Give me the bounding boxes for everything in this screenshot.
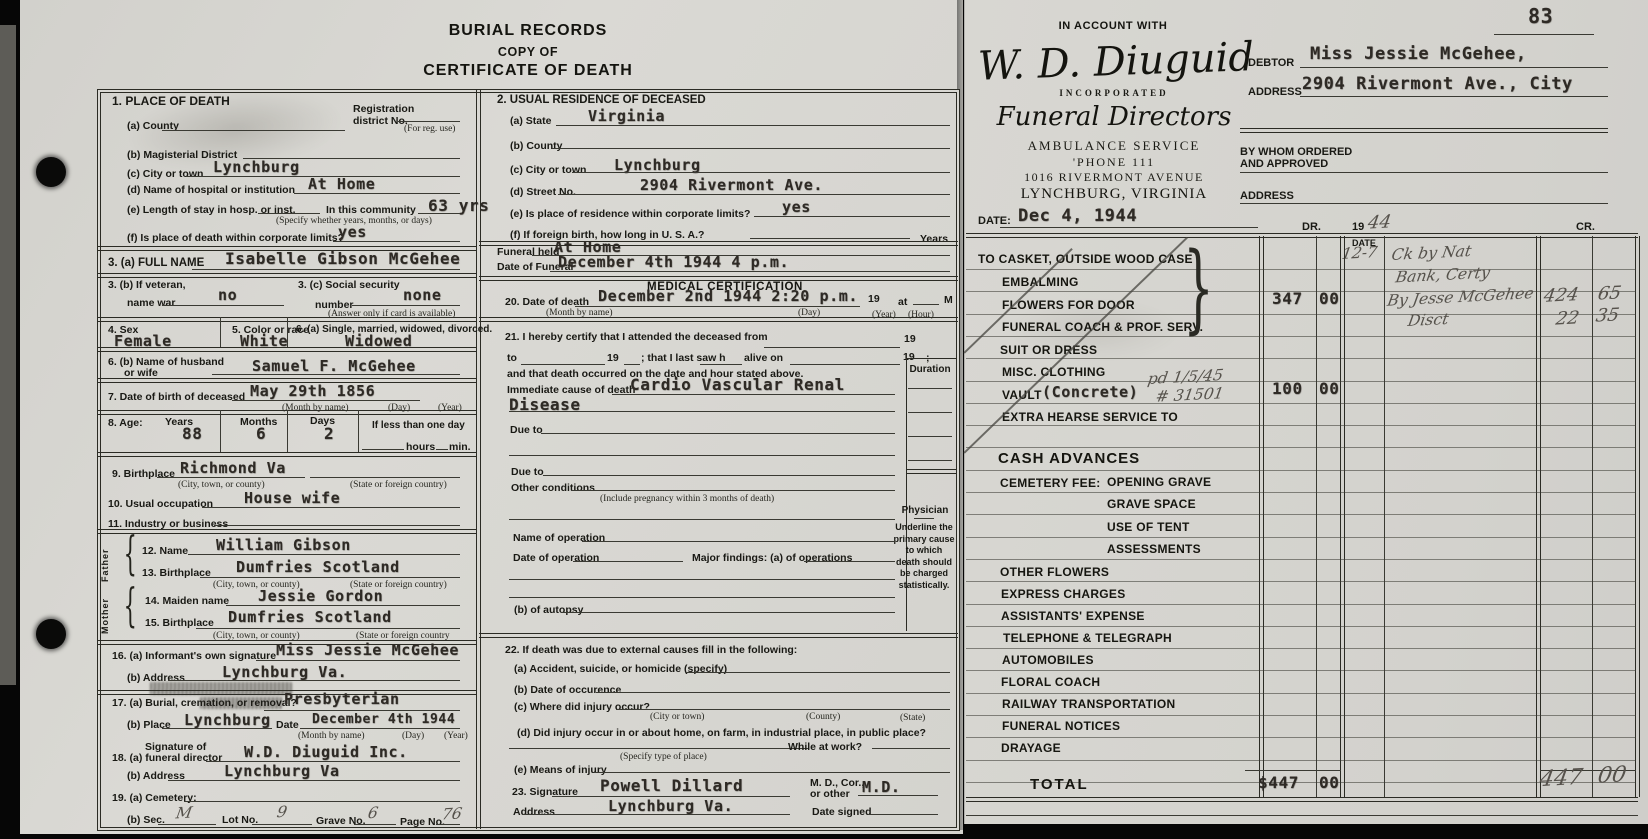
md-value: M.D.: [862, 780, 901, 795]
rule-line: [97, 452, 476, 457]
scan-edge-strip: [0, 25, 16, 685]
residence-city-label: (c) City or town: [510, 164, 586, 176]
rule-line: [966, 815, 1638, 816]
rule-line: [624, 364, 640, 365]
state-label: (a) State: [510, 115, 551, 127]
rule-line: [868, 814, 938, 815]
rule-line: [232, 400, 420, 401]
rule-line: [750, 238, 910, 239]
residence-limits-value: yes: [782, 200, 811, 215]
page-no-label: Page No.: [400, 816, 445, 828]
casket-group-brace: }: [1183, 240, 1214, 336]
rule-line: [333, 241, 460, 242]
ledger-item: SUIT OR DRESS: [1000, 344, 1097, 357]
ledger-item: TO CASKET, OUTSIDE WOOD CASE: [978, 253, 1193, 266]
certify-19a: 19: [904, 333, 916, 345]
date-of-death-value: December 2nd 1944 2:20 p.m.: [598, 289, 858, 304]
burial-month-caption: (Month by name): [298, 731, 365, 741]
rule-line: [479, 317, 958, 322]
burial-day-caption: (Day): [402, 731, 424, 741]
total-amount-cents: 00: [1319, 775, 1339, 791]
rule-line: [1340, 236, 1345, 797]
rule-line: [202, 507, 460, 508]
injury-city-caption: (City or town): [650, 712, 704, 722]
rule-line: [168, 780, 460, 781]
residence-county-label: (b) County: [510, 140, 563, 152]
rule-line: [966, 693, 1636, 694]
name-of-operation-label: Name of operation: [513, 532, 605, 544]
rule-line: [418, 213, 460, 214]
rule-line: [521, 364, 605, 365]
street-no-value: 2904 Rivermont Ave.: [640, 178, 823, 193]
mother-name-label: 14. Maiden name: [145, 595, 229, 607]
funeral-director-value: W.D. Diuguid Inc.: [244, 745, 408, 760]
means-of-injury-label: (e) Means of injury: [514, 764, 607, 776]
date-occurence-label: (b) Date of occurence: [514, 684, 621, 696]
state-value: Virginia: [588, 109, 665, 124]
rule-line: [509, 748, 809, 749]
date-of-birth-label: 7. Date of birth of deceased: [108, 391, 245, 403]
rule-line: [220, 410, 221, 452]
rule-line: [294, 193, 460, 194]
birthplace-label: 9. Birthplace: [112, 468, 175, 480]
rule-line: [966, 403, 1636, 404]
father-name-value: William Gibson: [216, 538, 351, 553]
total-amount-dollars: $447: [1258, 775, 1299, 791]
rule-line: [908, 412, 952, 413]
overstrike-smudge: [200, 697, 282, 709]
rule-line: [906, 469, 956, 474]
funeral-held-label: Funeral held: [497, 246, 559, 258]
rule-line: [908, 460, 952, 461]
vault-amount-cents: 00: [1319, 381, 1339, 397]
ledger-item: ASSISTANTS' EXPENSE: [1001, 610, 1145, 623]
corporate-limits-label: (f) Is place of death within corporate l…: [127, 232, 344, 244]
credit-note-line4: Disct: [1407, 312, 1450, 330]
rule-line: [214, 525, 460, 526]
husband-value: Samuel F. McGehee: [252, 359, 416, 374]
date-label: DATE:: [978, 215, 1011, 228]
or-other-label: or other: [810, 788, 850, 800]
rule-line: [558, 194, 950, 195]
major-findings-label: Major findings: (a) of operations: [692, 552, 852, 564]
rule-line: [287, 317, 288, 347]
rule-line: [872, 748, 950, 749]
grave-no-label: Grave No.: [316, 815, 366, 827]
rule-line: [1300, 96, 1608, 97]
phone-label: 'PHONE 111: [978, 155, 1250, 170]
copy-of-subtitle: COPY OF: [378, 46, 678, 60]
length-of-stay-value: 63 yrs: [428, 198, 489, 214]
informant-value: Miss Jessie McGehee: [276, 643, 459, 658]
ledger-item: USE OF TENT: [1107, 521, 1190, 534]
rule-line: [1259, 236, 1264, 797]
rule-line: [1240, 203, 1608, 204]
age-label: 8. Age:: [108, 417, 143, 429]
ledger-item: TELEPHONE & TELEGRAPH: [1003, 632, 1172, 645]
rule-line: [572, 172, 950, 173]
where-injury-label: (c) Where did injury occur?: [514, 701, 650, 713]
rule-line: [97, 347, 476, 352]
cause-of-death-value1: Cardio Vascular Renal: [630, 377, 845, 393]
vault-amount-dollars: 100: [1272, 381, 1303, 397]
rule-line: [556, 125, 950, 126]
ledger-item: EXTRA HEARSE SERVICE TO: [1002, 411, 1178, 424]
other-conditions-label: Other conditions: [511, 482, 595, 494]
credit-total-dollars: 447: [1538, 767, 1584, 791]
rule-line: [700, 364, 742, 365]
ledger-item: EXPRESS CHARGES: [1001, 588, 1126, 601]
diuguid-logo: W. D. Diuguid: [977, 35, 1250, 88]
hole-punch: [36, 157, 66, 187]
social-security-label: 3. (c) Social security: [298, 279, 400, 291]
rule-line: [1592, 236, 1593, 797]
rule-line: [754, 216, 950, 217]
usual-residence-heading: 2. USUAL RESIDENCE OF DECEASED: [497, 94, 706, 107]
due-to-label1: Due to: [510, 424, 543, 436]
rule-line: [362, 449, 404, 450]
rule-line: [226, 605, 460, 606]
rule-line: [220, 317, 221, 347]
rule-line: [97, 529, 476, 534]
funeral-director-label: 18. (a) funeral director: [112, 752, 222, 764]
page-no-value: 76: [441, 806, 463, 823]
rule-line: [764, 347, 900, 348]
rule-line: [157, 477, 305, 478]
vault-check-number: # 31501: [1154, 386, 1224, 405]
rule-line: [966, 269, 1636, 270]
rule-line: [966, 581, 1636, 582]
physician-address-label: Address: [513, 806, 555, 818]
19-preprint: 19: [868, 293, 880, 305]
rule-line: [966, 447, 1636, 448]
rule-line: [188, 554, 460, 555]
rule-line: [1536, 236, 1541, 797]
and-approved-label: AND APPROVED: [1240, 158, 1328, 171]
rule-line: [287, 410, 288, 452]
full-name-label: 3. (a) FULL NAME: [108, 257, 204, 270]
hospital-value: At Home: [308, 177, 375, 192]
rule-line: [97, 273, 476, 278]
rule-line: [966, 797, 1638, 802]
credit-amount2-cents: 35: [1594, 306, 1620, 325]
ledger-item: GRAVE SPACE: [1107, 498, 1196, 511]
rule-line: [966, 314, 1636, 315]
director-address-value: Lynchburg Va: [224, 764, 340, 779]
rule-line: [572, 490, 895, 491]
burial-type-value: Presbyterian: [284, 692, 400, 707]
rule-line: [522, 814, 790, 815]
rule-line: [966, 514, 1636, 515]
rule-line: [256, 660, 460, 661]
residence-limits-label: (e) Is place of residence within corpora…: [510, 208, 750, 220]
pregnancy-caption: (Include pregnancy within 3 months of de…: [600, 494, 774, 504]
rule-line: [1240, 172, 1608, 173]
rule-line: [196, 628, 460, 629]
rule-line: [300, 728, 460, 729]
father-label: Father: [100, 538, 110, 582]
rule-line: [562, 612, 895, 613]
rule-line: [509, 597, 895, 598]
rule-line: [509, 411, 895, 412]
rule-line: [575, 306, 860, 307]
city-or-town-label: (c) City or town: [127, 168, 203, 180]
dr-header: DR.: [1302, 221, 1321, 234]
rule-line: [594, 772, 950, 773]
rule-line: [541, 433, 895, 434]
rule-line: [966, 604, 1636, 605]
ledger-item: MISC. CLOTHING: [1002, 366, 1106, 379]
mother-label: Mother: [100, 590, 110, 634]
rule-line: [966, 715, 1636, 716]
rule-line: [914, 518, 934, 519]
cemetery-fee-label: CEMETERY FEE:: [1000, 477, 1101, 490]
age-months-value: 6: [256, 426, 266, 442]
occupation-value: House wife: [244, 491, 340, 506]
injury-county-caption: (County): [806, 712, 840, 722]
mother-birthplace-value: Dumfries Scotland: [228, 610, 392, 625]
external-causes-heading: 22. If death was due to external causes …: [505, 644, 797, 656]
rule-line: [616, 709, 950, 710]
date-value: Dec 4, 1944: [1018, 208, 1137, 225]
residence-city-value: Lynchburg: [614, 158, 701, 173]
ledger-page-number: 83: [1528, 6, 1553, 26]
debtor-address-label: ADDRESS: [1248, 86, 1302, 99]
date-of-birth-value: May 29th 1856: [250, 384, 375, 399]
in-account-with-label: IN ACCOUNT WITH: [1013, 20, 1213, 32]
rule-line: [1494, 34, 1594, 35]
debtor-label: DEBTOR: [1248, 57, 1294, 70]
scanned-burial-record: BURIAL RECORDS COPY OF CERTIFICATE OF DE…: [0, 0, 1648, 839]
rule-line: [582, 541, 895, 542]
rule-line: [162, 130, 345, 131]
date-of-funeral-value: December 4th 1944 4 p.m.: [558, 255, 789, 270]
rule-line: [1635, 236, 1640, 797]
rule-line: [398, 121, 460, 122]
ledger-item: FUNERAL COACH & PROF. SERV.: [1002, 321, 1203, 334]
rule-line: [966, 737, 1636, 738]
rule-line: [162, 305, 284, 306]
in-this-community-label: In this community: [326, 204, 416, 216]
rule-line: [804, 561, 895, 562]
certify-line1: 21. I hereby certify that I attended the…: [505, 331, 768, 343]
place-of-death-heading: 1. PLACE OF DEATH: [112, 95, 230, 109]
rule-line: [552, 148, 950, 149]
rule-line: [1316, 236, 1317, 797]
year-preprint: 19: [1352, 221, 1364, 234]
date-of-operation-label: Date of operation: [513, 552, 599, 564]
rule-line: [966, 336, 1636, 337]
rule-line: [252, 824, 312, 825]
orderer-address-label: ADDRESS: [1240, 190, 1294, 203]
mother-name-value: Jessie Gordon: [258, 589, 383, 604]
physician-signature-value: Powell Dillard: [600, 778, 743, 794]
rule-line: [158, 824, 216, 825]
for-reg-use-caption: (For reg. use): [404, 124, 455, 134]
meridiem-label: M: [944, 294, 953, 306]
rule-line: [509, 579, 895, 580]
rule-line: [1384, 236, 1385, 797]
rule-line: [200, 577, 460, 578]
rule-line: [509, 455, 895, 456]
city-or-town-value: Lynchburg: [213, 160, 300, 175]
rule-line: [358, 410, 359, 452]
incorporated-label: INCORPORATED: [978, 88, 1250, 98]
credit-amount1-dollars: 424: [1542, 286, 1580, 306]
rule-line: [913, 304, 939, 305]
cash-advances-heading: CASH ADVANCES: [998, 451, 1140, 468]
autopsy-label: (b) of autopsy: [514, 604, 583, 616]
burial-year-caption: (Year): [444, 731, 468, 741]
rule-line: [966, 648, 1636, 649]
burial-date-value: December 4th 1944: [312, 713, 455, 726]
less-than-one-day-label: If less than one day: [372, 420, 465, 432]
father-birthplace-value: Dumfries Scotland: [236, 560, 400, 575]
age-years-value: 88: [182, 426, 202, 442]
injury-location-label: (d) Did injury occur in or about home, o…: [517, 727, 926, 739]
rule-line: [1240, 128, 1608, 133]
rule-line: [966, 760, 1636, 761]
registration-label: Registration: [353, 103, 414, 115]
vault-concrete-typed: (Concrete): [1042, 385, 1138, 400]
total-label: TOTAL: [1030, 777, 1089, 794]
hole-punch: [36, 619, 66, 649]
rule-line: [550, 271, 950, 272]
rule-line: [479, 633, 958, 638]
rule-line: [1000, 227, 1258, 228]
ambulance-service-label: AMBULANCE SERVICE: [978, 138, 1250, 154]
certify-19b: 19: [607, 352, 619, 364]
rule-line: [1245, 770, 1341, 771]
ssn-value: none: [403, 288, 442, 303]
ledger-item: FUNERAL NOTICES: [1002, 720, 1120, 733]
rule-line: [310, 477, 460, 478]
rule-line: [790, 364, 900, 365]
rule-line: [436, 824, 460, 825]
rule-line: [162, 728, 272, 729]
last-saw-label: ; that I last saw h: [641, 352, 726, 364]
rule-line: [908, 388, 952, 389]
occupation-label: 10. Usual occupation: [108, 498, 213, 510]
street-no-label: (d) Street No.: [510, 186, 576, 198]
rule-line: [966, 537, 1636, 538]
rule-line: [858, 795, 938, 796]
name-war-label: name war: [127, 297, 175, 309]
burial-records-title: BURIAL RECORDS: [378, 22, 678, 40]
certificate-title: CERTIFICATE OF DEATH: [378, 62, 678, 80]
veteran-value: no: [218, 288, 237, 303]
rule-line: [509, 519, 895, 520]
rule-line: [596, 692, 950, 693]
rule-line: [258, 213, 320, 214]
ledger-item: OPENING GRAVE: [1107, 476, 1211, 489]
age-days-value: 2: [324, 426, 334, 442]
while-at-work-label: While at work?: [788, 741, 862, 753]
corporate-limits-value: yes: [338, 225, 367, 240]
length-of-stay-label: (e) Length of stay in hosp. or inst.: [127, 204, 296, 216]
rule-line: [1300, 67, 1608, 68]
specify-place-caption: (Specify type of place): [620, 752, 707, 762]
informant-label: 16. (a) Informant's own signature: [112, 650, 276, 662]
injury-state-caption: (State): [900, 713, 925, 723]
street-address-label: 1016 RIVERMONT AVENUE: [978, 170, 1250, 185]
ledger-item: OTHER FLOWERS: [1000, 566, 1109, 579]
duration-label: Duration: [906, 364, 954, 376]
sec-value: M: [175, 806, 194, 822]
date-signed-label: Date signed: [812, 806, 872, 818]
birthplace-value: Richmond Va: [180, 461, 286, 476]
ledger-item: AUTOMOBILES: [1002, 654, 1094, 667]
physician-label: Physician: [896, 505, 954, 517]
rule-line: [966, 358, 1636, 359]
debtor-value: Miss Jessie McGehee,: [1310, 46, 1527, 63]
at-label: at: [898, 296, 907, 308]
credit-amount1-cents: 65: [1596, 284, 1622, 303]
ledger-item: FLORAL COACH: [1001, 676, 1100, 689]
mother-brace: {: [124, 584, 137, 630]
if-veteran-label: 3. (b) If veteran,: [108, 279, 186, 291]
rule-line: [192, 269, 460, 270]
casket-amount-cents: 00: [1319, 291, 1339, 307]
debtor-address-value: 2904 Rivermont Ave., City: [1302, 76, 1573, 93]
rule-line: [966, 425, 1636, 426]
to-label: to: [507, 352, 517, 364]
burial-date-label: Date: [276, 719, 299, 731]
credit-total-cents: 00: [1596, 764, 1628, 787]
credit-date-handwritten: 12-7: [1341, 245, 1379, 262]
by-whom-ordered-label: BY WHOM ORDERED: [1240, 146, 1352, 159]
city-state-label: LYNCHBURG, VIRGINIA: [978, 186, 1250, 203]
burial-place-value: Lynchburg: [184, 713, 271, 728]
alive-on-label: alive on: [744, 352, 783, 364]
accident-label: (a) Accident, suicide, or homicide (spec…: [514, 663, 727, 675]
rule-line: [436, 449, 448, 450]
rule-line: [354, 824, 396, 825]
rule-line: [966, 492, 1636, 493]
ledger-item: RAILWAY TRANSPORTATION: [1002, 698, 1176, 711]
rule-line: [966, 470, 1636, 471]
ledger-item: DRAYAGE: [1001, 742, 1061, 755]
cemetery-label: 19. (a) Cemetery:: [112, 792, 197, 804]
father-brace: {: [124, 532, 137, 578]
full-name-value: Isabelle Gibson McGehee: [225, 251, 460, 267]
rule-line: [543, 475, 895, 476]
ledger-item: ASSESSMENTS: [1107, 543, 1201, 556]
informant-address-value: Lynchburg Va.: [222, 665, 347, 680]
physician-address-value: Lynchburg Va.: [608, 799, 733, 814]
rule-line: [908, 436, 952, 437]
rule-line: [573, 561, 683, 562]
rule-line: [352, 305, 460, 306]
rule-line: [966, 626, 1636, 627]
rule-line: [966, 559, 1636, 560]
birthplace-state-caption: (State or foreign country): [350, 480, 447, 490]
rule-line: [184, 801, 460, 802]
casket-amount-dollars: 347: [1272, 291, 1303, 307]
rule-line: [212, 374, 460, 375]
burial-place-label: (b) Place: [127, 719, 171, 731]
rule-line: [168, 680, 460, 681]
year-handwritten: 44: [1366, 213, 1392, 232]
rule-line: [264, 710, 460, 711]
rule-line: [612, 394, 895, 395]
cr-header: CR.: [1576, 221, 1595, 234]
due-to-label2: Due to: [511, 466, 544, 478]
credit-amount2-dollars: 22: [1554, 309, 1580, 328]
funeral-directors-label: Funeral Directors: [978, 103, 1250, 132]
physician-note: Underline the primary cause to which dea…: [893, 522, 955, 591]
father-name-label: 12. Name: [142, 545, 188, 557]
